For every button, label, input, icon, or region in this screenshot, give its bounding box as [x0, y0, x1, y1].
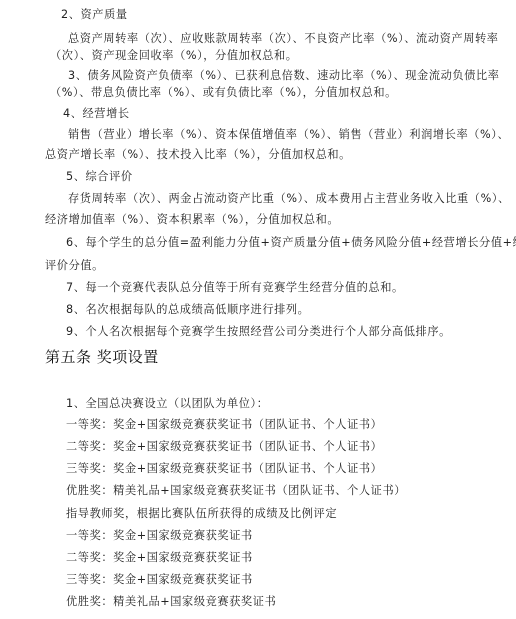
- paragraph-line: 经济增加值率（%）、资本积累率（%），分值加权总和。: [45, 213, 339, 227]
- teacher-award-third: 三等奖：奖金+国家级竞赛获奖证书: [66, 573, 253, 587]
- paragraph-line: 总资产周转率（次）、应收账款周转率（次）、不良资产比率（%）、流动资产周转率: [68, 32, 499, 46]
- teacher-award-first: 一等奖：奖金+国家级竞赛获奖证书: [66, 529, 253, 543]
- section-heading-evaluation: 5、综合评价: [66, 170, 133, 184]
- team-award-first: 一等奖：奖金+国家级竞赛获奖证书（团队证书、个人证书）: [66, 418, 382, 432]
- team-award-second: 二等奖：奖金+国家级竞赛获奖证书（团队证书、个人证书）: [66, 440, 382, 454]
- teacher-award-second: 二等奖：奖金+国家级竞赛获奖证书: [66, 551, 253, 565]
- paragraph-line: （次）、资产现金回收率（%），分值加权总和。: [50, 49, 298, 63]
- teacher-award-merit: 优胜奖：精美礼品+国家级竞赛获奖证书: [66, 595, 276, 609]
- awards-intro: 1、全国总决赛设立（以团队为单位）：: [66, 397, 269, 411]
- paragraph-line: 销售（营业）增长率（%）、资本保值增值率（%）、销售（营业）利润增长率（%）、: [68, 128, 509, 142]
- paragraph-line: （%）、带息负债比率（%）、或有负债比率（%），分值加权总和。: [50, 86, 397, 100]
- rule-9: 9、个人名次根据每个竞赛学生按照经营公司分类进行个人部分高低排序。: [66, 325, 451, 339]
- paragraph-line-debt-risk: 3、债务风险资产负债率（%）、已获利息倍数、速动比率（%）、现金流动负债比率: [68, 69, 500, 83]
- team-award-merit: 优胜奖：精美礼品+国家级竞赛获奖证书（团队证书、个人证书）: [66, 484, 406, 498]
- section-heading-growth: 4、经营增长: [63, 107, 130, 121]
- rule-6: 6、每个学生的总分值=盈利能力分值+资产质量分值+债务风险分值+经营增长分值+综…: [66, 236, 516, 250]
- rule-8: 8、名次根据每队的总成绩高低顺序进行排列。: [66, 303, 309, 317]
- article-title: 第五条 奖项设置: [45, 348, 159, 366]
- paragraph-line: 存货周转率（次）、两金占流动资产比重（%）、成本费用占主营业务收入比重（%）、: [68, 192, 510, 206]
- teacher-award-intro: 指导教师奖，根据比赛队伍所获得的成绩及比例评定: [66, 507, 337, 521]
- section-heading-asset-quality: 2、资产质量: [61, 8, 128, 22]
- team-award-third: 三等奖：奖金+国家级竞赛获奖证书（团队证书、个人证书）: [66, 462, 382, 476]
- paragraph-line: 总资产增长率（%）、技术投入比率（%），分值加权总和。: [45, 148, 351, 162]
- rule-6-continued: 评价分值。: [45, 259, 104, 273]
- rule-7: 7、每一个竞赛代表队总分值等于所有竞赛学生经营分值的总和。: [66, 281, 404, 295]
